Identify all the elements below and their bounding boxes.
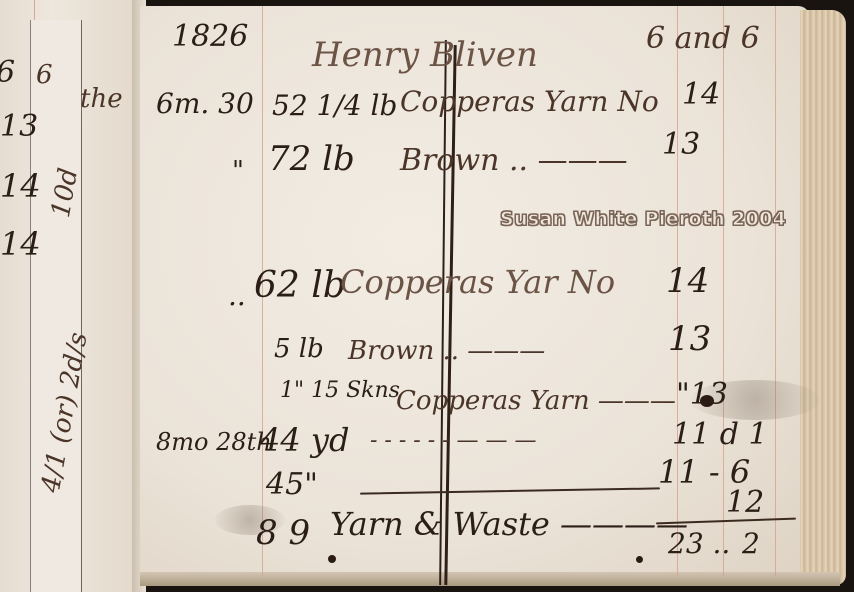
entry-amount: 11 - 6: [658, 456, 750, 488]
entry-quantity: 72 lb: [268, 142, 355, 176]
entry-amount: 11 d 1: [672, 420, 768, 450]
total-amount-right: 2: [742, 530, 760, 558]
entry-quantity: 62 lb: [254, 268, 346, 304]
entry-amount: 12: [726, 488, 764, 518]
entry-date: 8mo 28th: [156, 430, 272, 454]
entry-date: ..: [228, 282, 246, 310]
entry-amount: 13: [668, 322, 711, 356]
entry-amount: 14: [666, 264, 709, 298]
entry-quantity: 5 lb: [274, 336, 324, 362]
entry-quantity: 8 9: [256, 516, 310, 550]
entry-quantity: 52 1/4 lb: [272, 92, 397, 120]
left-fragment-1: 6: [0, 58, 15, 88]
left-fragment-6: 6: [36, 62, 53, 88]
ink-blot: [328, 555, 336, 563]
torn-page-strip: [30, 20, 82, 592]
ledger-year: 1826: [172, 22, 248, 52]
header-right-note: 6 and 6: [646, 24, 760, 54]
left-page-fragment: 6 6 the 13 14 14 10d 4/1 (or) 2d/s: [0, 0, 132, 592]
entry-quantity: 1" 15 Skns: [280, 380, 400, 402]
entry-amount: 13: [662, 130, 700, 160]
page-bottom-edge: [140, 572, 840, 586]
entry-item: Copperas Yarn ———: [396, 388, 676, 414]
entry-item: Copperas Yarn No: [400, 88, 659, 116]
page-edges: [800, 10, 846, 585]
entry-item: Yarn & Waste ————: [330, 508, 688, 540]
entry-item: Copperas Yar No: [340, 266, 615, 298]
left-fragment-13: 13: [0, 112, 38, 142]
left-fragment-14a: 14: [0, 170, 41, 202]
total-amount-left: 23 ..: [668, 530, 730, 558]
left-fragment-the: the: [80, 86, 123, 112]
left-fragment-14b: 14: [0, 228, 41, 260]
account-name: Henry Bliven: [312, 38, 538, 72]
ledger-photo: 6 6 the 13 14 14 10d 4/1 (or) 2d/s 1826 …: [0, 0, 854, 592]
entry-amount: 14: [682, 80, 720, 110]
entry-item: Brown .. ———: [400, 146, 628, 176]
entry-item: - - - - - - — — —: [370, 430, 537, 452]
entry-item: Brown .. ———: [348, 338, 545, 364]
copyright-watermark: Susan White Pieroth 2004: [500, 208, 786, 230]
ink-blot: [636, 556, 643, 563]
column-rule: [775, 6, 776, 576]
entry-quantity: 44 yd: [260, 424, 349, 456]
entry-date: ": [232, 158, 244, 184]
entry-quantity: 45": [266, 470, 318, 500]
entry-amount: "13: [676, 380, 728, 410]
entry-date: 6m. 30: [156, 90, 254, 118]
